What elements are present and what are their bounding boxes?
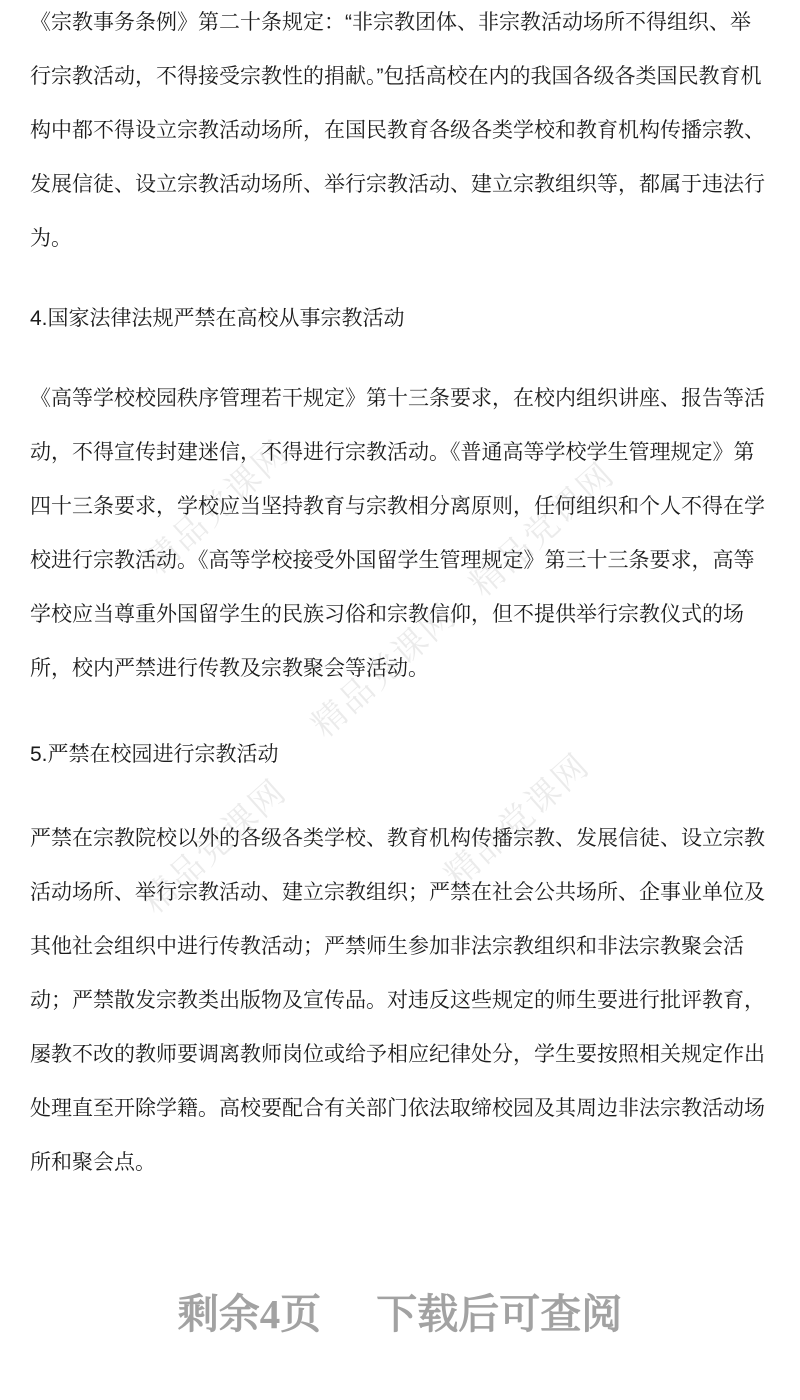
document-page[interactable]: 精品党课网 精品党课网 精品党课网 精品党课网 精品党课网 《宗教事务条例》第二… [0,0,800,1400]
document-content: 《宗教事务条例》第二十条规定：“非宗教团体、非宗教活动场所不得组织、举行宗教活动… [30,0,770,1216]
heading-section-5: 5.严禁在校园进行宗教活动 [30,728,770,782]
remaining-pages-label: 剩余4页 [178,1292,322,1337]
heading-section-4: 4.国家法律法规严禁在高校从事宗教活动 [30,292,770,346]
paragraph-campus-prohibitions: 严禁在宗教院校以外的各级各类学校、教育机构传播宗教、发展信徒、设立宗教活动场所、… [30,812,770,1190]
paragraph-regulation-article-20: 《宗教事务条例》第二十条规定：“非宗教团体、非宗教活动场所不得组织、举行宗教活动… [30,0,770,266]
download-hint-label: 下载后可查阅 [376,1292,622,1337]
paragraph-campus-order-rules: 《高等学校校园秩序管理若干规定》第十三条要求，在校内组织讲座、报告等活动，不得宣… [30,372,770,696]
page-footer: 剩余4页 下载后可查阅 [0,1292,800,1337]
